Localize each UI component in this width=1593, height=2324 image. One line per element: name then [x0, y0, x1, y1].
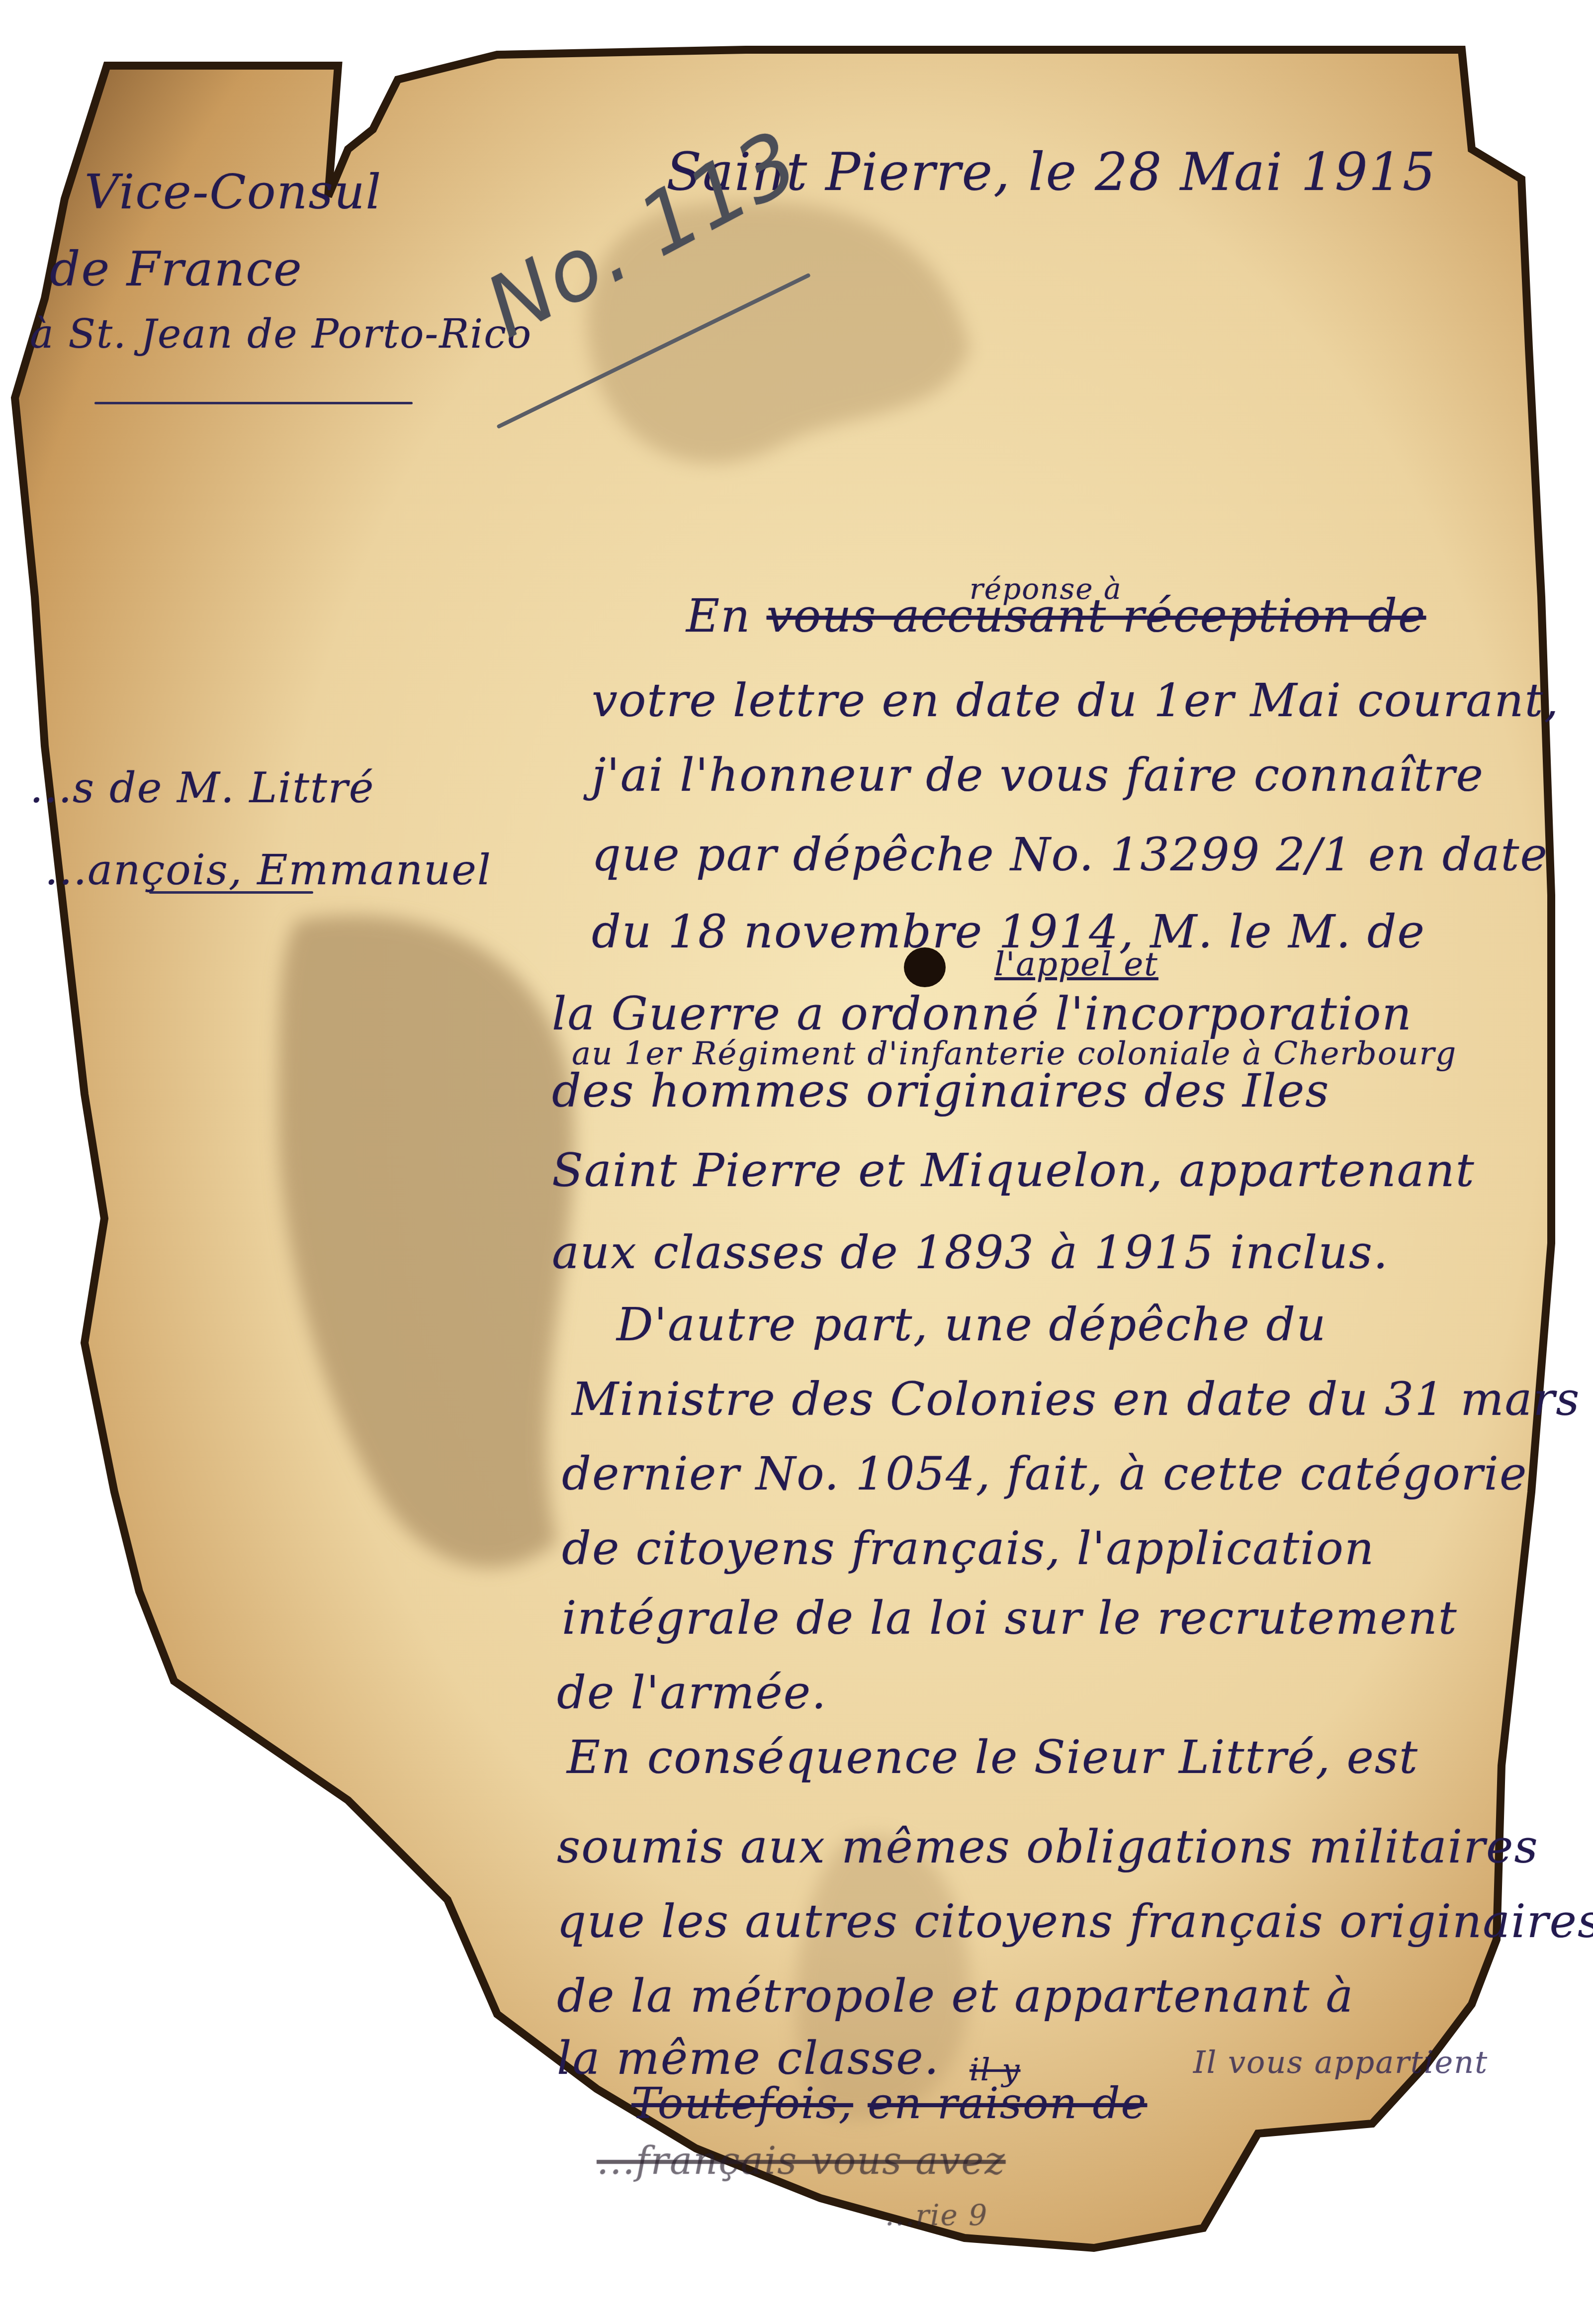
sender-underline [94, 402, 413, 404]
final-line: Toutefois, en raison de [631, 2079, 1147, 2129]
body-line: des hommes originaires des Iles [552, 1064, 1330, 1117]
body-line: votre lettre en date du 1er Mai courant, [592, 674, 1560, 727]
body-line: aux classes de 1893 à 1915 inclus. [552, 1226, 1389, 1279]
body-line: Ministre des Colonies en date du 31 mars [572, 1373, 1580, 1426]
sender-line-1: Vice-Consul [85, 164, 382, 220]
margin-note-underline [149, 891, 313, 894]
final-line-struck-prefix: Toutefois, [631, 2079, 853, 2129]
body-line: que par dépêche No. 13299 2/1 en date [592, 828, 1548, 881]
sender-line-2: de France [50, 241, 303, 297]
body-line: intégrale de la loi sur le recrutement [562, 1591, 1458, 1645]
body-line: Saint Pierre et Miquelon, appartenant [552, 1144, 1475, 1197]
insertion-il-vous: Il vous appartient [1193, 2044, 1488, 2080]
margin-note-line-1: ...s de M. Littré [30, 763, 375, 812]
body-line-1-prefix: En [686, 589, 751, 643]
body-line: la même classe. [557, 2032, 940, 2085]
margin-note-line-2: ...ançois, Emmanuel [45, 845, 492, 894]
body-line: dernier No. 1054, fait, à cette catégori… [562, 1447, 1527, 1500]
body-line: que les autres citoyens français origina… [557, 1895, 1593, 1948]
faded-line: ...rie 9 [885, 2198, 988, 2232]
body-line: En conséquence le Sieur Littré, est [567, 1731, 1418, 1784]
body-line: de l'armée. [557, 1666, 827, 1719]
body-line-1: En vous accusant réception de [686, 589, 1426, 643]
body-line: la Guerre a ordonné l'incorporation [552, 987, 1413, 1040]
faded-struck-line: ...français vous avez [597, 2138, 1006, 2183]
insertion-appel-et: l'appel et [994, 945, 1158, 983]
body-line: j'ai l'honneur de vous faire connaître [592, 748, 1484, 802]
body-line: D'autre part, une dépêche du [617, 1298, 1327, 1351]
sender-line-3: à St. Jean de Porto-Rico [30, 311, 532, 357]
body-line-1-struck: vous accusant réception de [767, 589, 1426, 643]
body-line: soumis aux mêmes obligations militaires [557, 1820, 1539, 1873]
final-line-struck-text: en raison de [868, 2079, 1147, 2129]
body-line: de la métropole et appartenant à [557, 1969, 1354, 2023]
body-line: de citoyens français, l'application [562, 1522, 1375, 1575]
document-sheet: Vice-Consul de France à St. Jean de Port… [0, 0, 1593, 2324]
